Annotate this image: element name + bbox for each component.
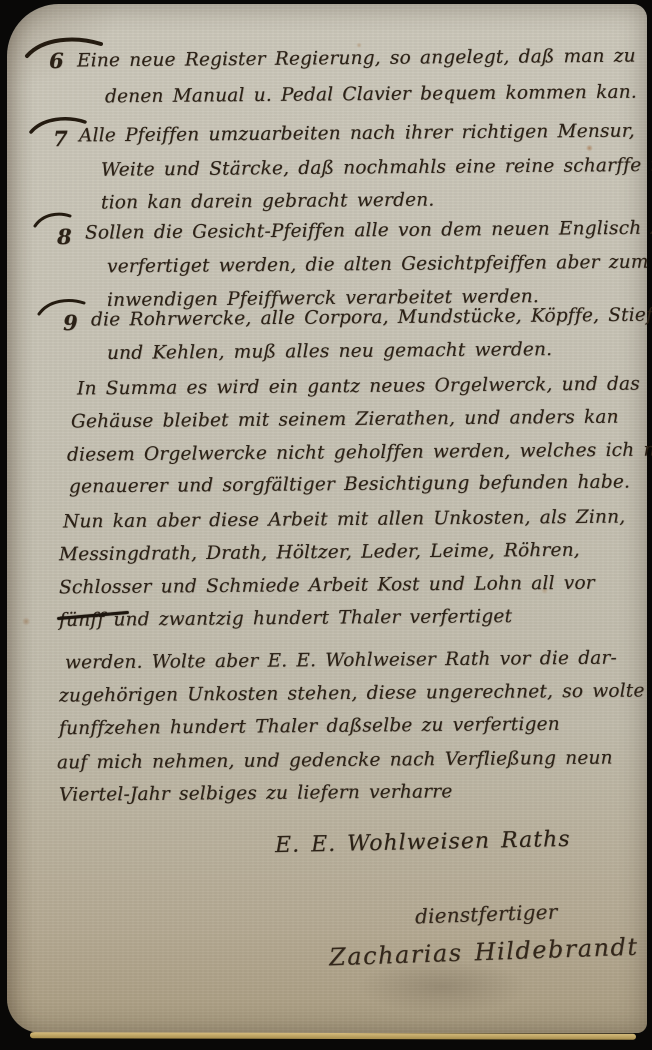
manuscript-line: funffzehen hundert Thaler daßselbe zu ve…	[59, 714, 560, 739]
manuscript-line: verfertiget werden, die alten Gesichtpfe…	[107, 252, 649, 278]
manuscript-line: Alle Pfeiffen umzuarbeiten nach ihrer ri…	[79, 121, 635, 147]
manuscript-line: Schlosser und Schmiede Arbeit Kost und L…	[59, 573, 595, 599]
clause-number: 9	[63, 310, 78, 335]
manuscript-line: Viertel-Jahr selbiges zu liefern verharr…	[59, 781, 453, 805]
manuscript-page: 6 Eine neue Register Regierung, so angel…	[7, 4, 647, 1033]
signature: Zacharias Hildebrandt	[329, 933, 639, 972]
manuscript-line: diesem Orgelwercke nicht geholffen werde…	[67, 439, 652, 465]
manuscript-line: zugehörigen Unkosten stehen, diese unger…	[59, 680, 645, 706]
closing-addressee: E. E. Wohlweisen Raths	[275, 827, 571, 858]
manuscript-line: Messingdrath, Drath, Höltzer, Leder, Lei…	[59, 540, 580, 566]
manuscript-line: genauerer und sorgfältiger Besichtigung …	[69, 472, 630, 498]
clause-number: 8	[57, 224, 72, 249]
underlying-page-edge	[30, 1032, 636, 1040]
manuscript-line: denen Manual u. Pedal Clavier bequem kom…	[105, 82, 637, 108]
manuscript-line: Nun kan aber diese Arbeit mit allen Unko…	[63, 507, 625, 533]
manuscript-line: werden. Wolte aber E. E. Wohlweiser Rath…	[65, 648, 617, 674]
manuscript-line: fünff und zwantzig hundert Thaler verfer…	[59, 606, 512, 631]
manuscript-line: Gehäuse bleibet mit seinem Zierathen, un…	[71, 407, 619, 433]
manuscript-line: die Rohrwercke, alle Corpora, Mundstücke…	[91, 304, 652, 330]
manuscript-line: tion kan darein gebracht werden.	[101, 190, 435, 214]
closing-valediction: dienstfertiger	[415, 900, 558, 929]
manuscript-line: In Summa es wird ein gantz neues Orgelwe…	[77, 374, 640, 400]
manuscript-line: Eine neue Register Regierung, so angeleg…	[77, 46, 636, 72]
manuscript-line: Sollen die Gesicht-Pfeiffen alle von dem…	[85, 217, 652, 243]
clause-number: 6	[49, 48, 64, 73]
photo-backdrop: 6 Eine neue Register Regierung, so angel…	[0, 0, 652, 1050]
clause-number: 7	[53, 126, 68, 151]
manuscript-line: auf mich nehmen, und gedencke nach Verfl…	[57, 748, 613, 774]
manuscript-line: und Kehlen, muß alles neu gemacht werden…	[107, 339, 552, 364]
manuscript-line: Weite und Stärcke, daß nochmahls eine re…	[101, 154, 652, 180]
